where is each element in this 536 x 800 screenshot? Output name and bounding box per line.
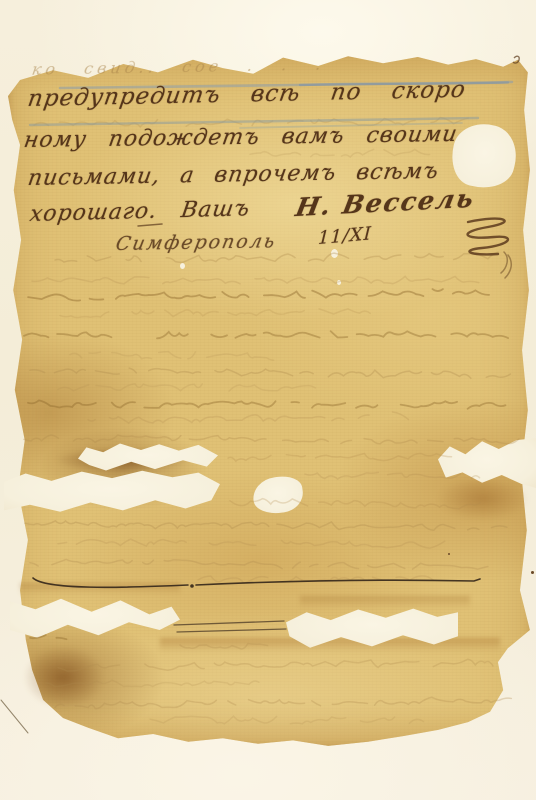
ink-speck: [531, 571, 534, 574]
ink-speck: [448, 553, 450, 555]
place-name: Симферополь: [114, 230, 279, 255]
paper-speck: [180, 263, 185, 269]
paper-speck: [337, 280, 341, 285]
paper-speck: [331, 249, 338, 258]
scanned-letter-page: { "letter": { "faint_opening": "ко свид.…: [0, 0, 536, 800]
